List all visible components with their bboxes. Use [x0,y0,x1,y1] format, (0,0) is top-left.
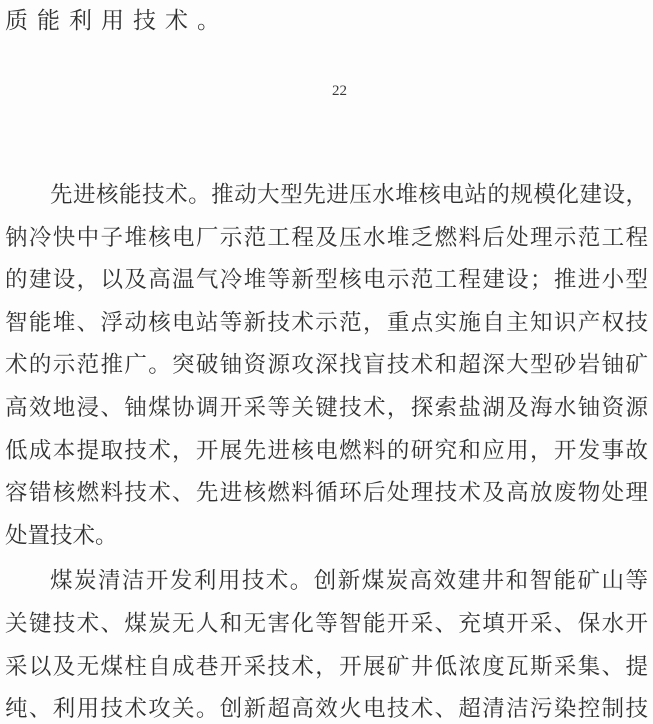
text-line: 的建设，以及高温气冷堆等新型核电示范工程建设；推进小型 [5,259,648,302]
text-line: 钠冷快中子堆核电厂示范工程及压水堆乏燃料后处理示范工程 [5,217,648,260]
text-line: 处置技术。 [5,515,648,558]
paragraph-advanced-nuclear-technology: 先进核能技术。推动大型先进压水堆核电站的规模化建设， 钠冷快中子堆核电厂示范工程… [5,174,648,557]
page-number: 22 [0,83,653,100]
text-line: 高效地浸、铀煤协调开采等关键技术，探索盐湖及海水铀资源 [5,387,648,430]
text-line: 术的示范推广。突破铀资源攻深找盲技术和超深大型砂岩铀矿 [5,344,648,387]
paragraph-continuation-line: 质能利用技术。 [5,6,648,36]
page-body-text: 先进核能技术。推动大型先进压水堆核电站的规模化建设， 钠冷快中子堆核电厂示范工程… [5,174,648,724]
text-line: 先进核能技术。推动大型先进压水堆核电站的规模化建设， [5,174,648,217]
text-line: 智能堆、浮动核电站等新技术示范，重点实施自主知识产权技 [5,302,648,345]
text-line: 关键技术、煤炭无人和无害化等智能开采、充填开采、保水开 [5,603,648,646]
paragraph-coal-clean-utilization-technology: 煤炭清洁开发利用技术。创新煤炭高效建井和智能矿山等 关键技术、煤炭无人和无害化等… [5,560,648,724]
scanned-document-screenshot: { "document": { "continuation_line": "质能… [0,0,653,724]
text-line: 采以及无煤柱自成巷开采技术，开展矿井低浓度瓦斯采集、提 [5,646,648,689]
text-line: 煤炭清洁开发利用技术。创新煤炭高效建井和智能矿山等 [5,560,648,603]
scanned-page: 质能利用技术。 22 先进核能技术。推动大型先进压水堆核电站的规模化建设， 钠冷… [0,0,653,724]
text-line: 低成本提取技术，开展先进核电燃料的研究和应用，开发事故 [5,430,648,473]
text-line: 纯、利用技术攻关。创新超高效火电技术、超清洁污染控制技 [5,688,648,724]
text-line: 容错核燃料技术、先进核燃料循环后处理技术及高放废物处理 [5,472,648,515]
